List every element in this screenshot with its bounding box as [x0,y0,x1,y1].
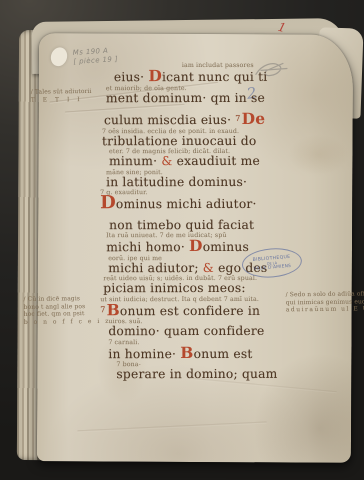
parchment-crease [77,421,267,432]
rubric-text: De [242,109,266,128]
margin-note-left-upper: / Tales sūt adiutorii T E T I I [31,88,92,104]
text-run: exaudiuit me [177,154,260,168]
psalm-text-line: in homine· Bonum est [108,345,300,361]
text-run: icant nunc qui ti [162,70,267,84]
psalm-text-line: domino· quam confidere [108,325,300,339]
text-run: minum· [109,154,161,168]
text-run: onum est [194,346,253,360]
rubric-text: D [189,236,203,255]
psalm-text-line: minum· & exaudiuit me [109,155,300,169]
text-run: culum miscdia eius· [104,113,235,127]
text-run: onum est confidere in [120,303,260,317]
text-run: ment dominum· qm in se [106,90,265,104]
psalm-text-line: Dominus michi adiutor· [100,196,300,212]
text-line-pair: ut sint iudicia; destruct. Ita q debent … [100,295,300,318]
psalm-text-line: piciam inimicos meos: [103,282,300,296]
text-line-pair: 7 g. exauditur.Dominus michi adiutor· [100,189,300,212]
rubric-text: B [180,343,193,362]
margin-note-line: aduiraūnum ul E U I [286,305,364,314]
text-line-pair: 7 oēs insidia. ecclia de se ponit. in ex… [102,127,300,148]
text-run: ominus michi adiutor· [116,197,257,211]
rubric-text: 7 [235,114,240,123]
psalm-text-line: 7Bonum est confidere in [100,302,300,318]
parchment-patch [48,45,69,68]
text-line-pair: iam includat passoreseius· Dicant nunc q… [114,62,300,85]
margin-note-line: b o n o f f c e i z [24,317,111,326]
text-run: non timebo quid faciat [109,217,254,231]
text-run: ominus [203,240,249,254]
rubric-text: D [148,66,162,85]
text-run: eius· [114,70,148,84]
margin-note-line: / Tales sūt adiutorii [31,88,92,96]
text-run: sperare in domino; quam [116,367,277,381]
text-run: piciam inimicos meos: [103,281,245,295]
text-run: in latitudine dominus· [106,174,247,188]
text-run: in homine· [108,347,180,361]
psalm-text-line: eius· Dicant nunc qui ti [114,69,300,85]
margin-note-left-lower: / Cū in dicē magis bono t angl alie pos … [23,295,110,326]
text-line-pair: reāt uideo uisū; s; uidēs. in dubāt. 7 e… [103,275,300,296]
margin-note-right-lower: / Sedo n solo do adiūa offndim p qui ini… [286,290,364,314]
psalm-text-line: ment dominum· qm in se [106,91,300,105]
text-run: michi homo· [106,240,189,254]
psalm-text-line: tribulatione inuocaui do [102,134,300,148]
stamp-line: VILLE D'AMIENS [253,263,291,271]
rubric-text: & [203,260,218,274]
text-line-pair: culum miscdia eius· 7De [104,105,300,128]
text-block: iam includat passoreseius· Dicant nunc q… [100,62,301,382]
margin-note-line: T E T I I [31,95,92,103]
psalm-text-line: culum miscdia eius· 7De [104,112,300,128]
psalm-text-line: non timebo quid faciat [109,218,300,232]
psalm-text-line: sperare in domino; quam [116,368,300,382]
text-run: michi adiutor; [108,261,203,275]
text-line-pair: et maiorib; de oīa gente.ment dominum· q… [106,84,300,105]
text-run: domino· quam confidere [108,324,264,338]
manuscript-page: Ms 190 A [ pièce 19 ] 1 2 / Tales sūt ad… [37,33,353,463]
photo-background: Ms 190 A [ pièce 19 ] 1 2 / Tales sūt ad… [0,0,364,480]
rubric-text: D [100,192,116,213]
text-line-pair: non timebo quid faciat [109,211,300,232]
psalm-text-line: in latitudine dominus· [106,175,300,189]
text-line-pair: uiros. suā.domino· quam confidere [108,318,300,339]
text-line-pair: eter. 7 de magnis felicib; dicāt. dilat.… [109,148,300,169]
text-run: tribulatione inuocaui do [102,133,256,147]
rubric-text: & [161,154,176,168]
text-line-pair: māne sine; ponit.in latitudine dominus· [106,168,300,189]
text-line-pair: 7 carnali.in homine· Bonum est [108,338,300,361]
text-line-pair: 7 bona-sperare in domino; quam [116,361,300,382]
